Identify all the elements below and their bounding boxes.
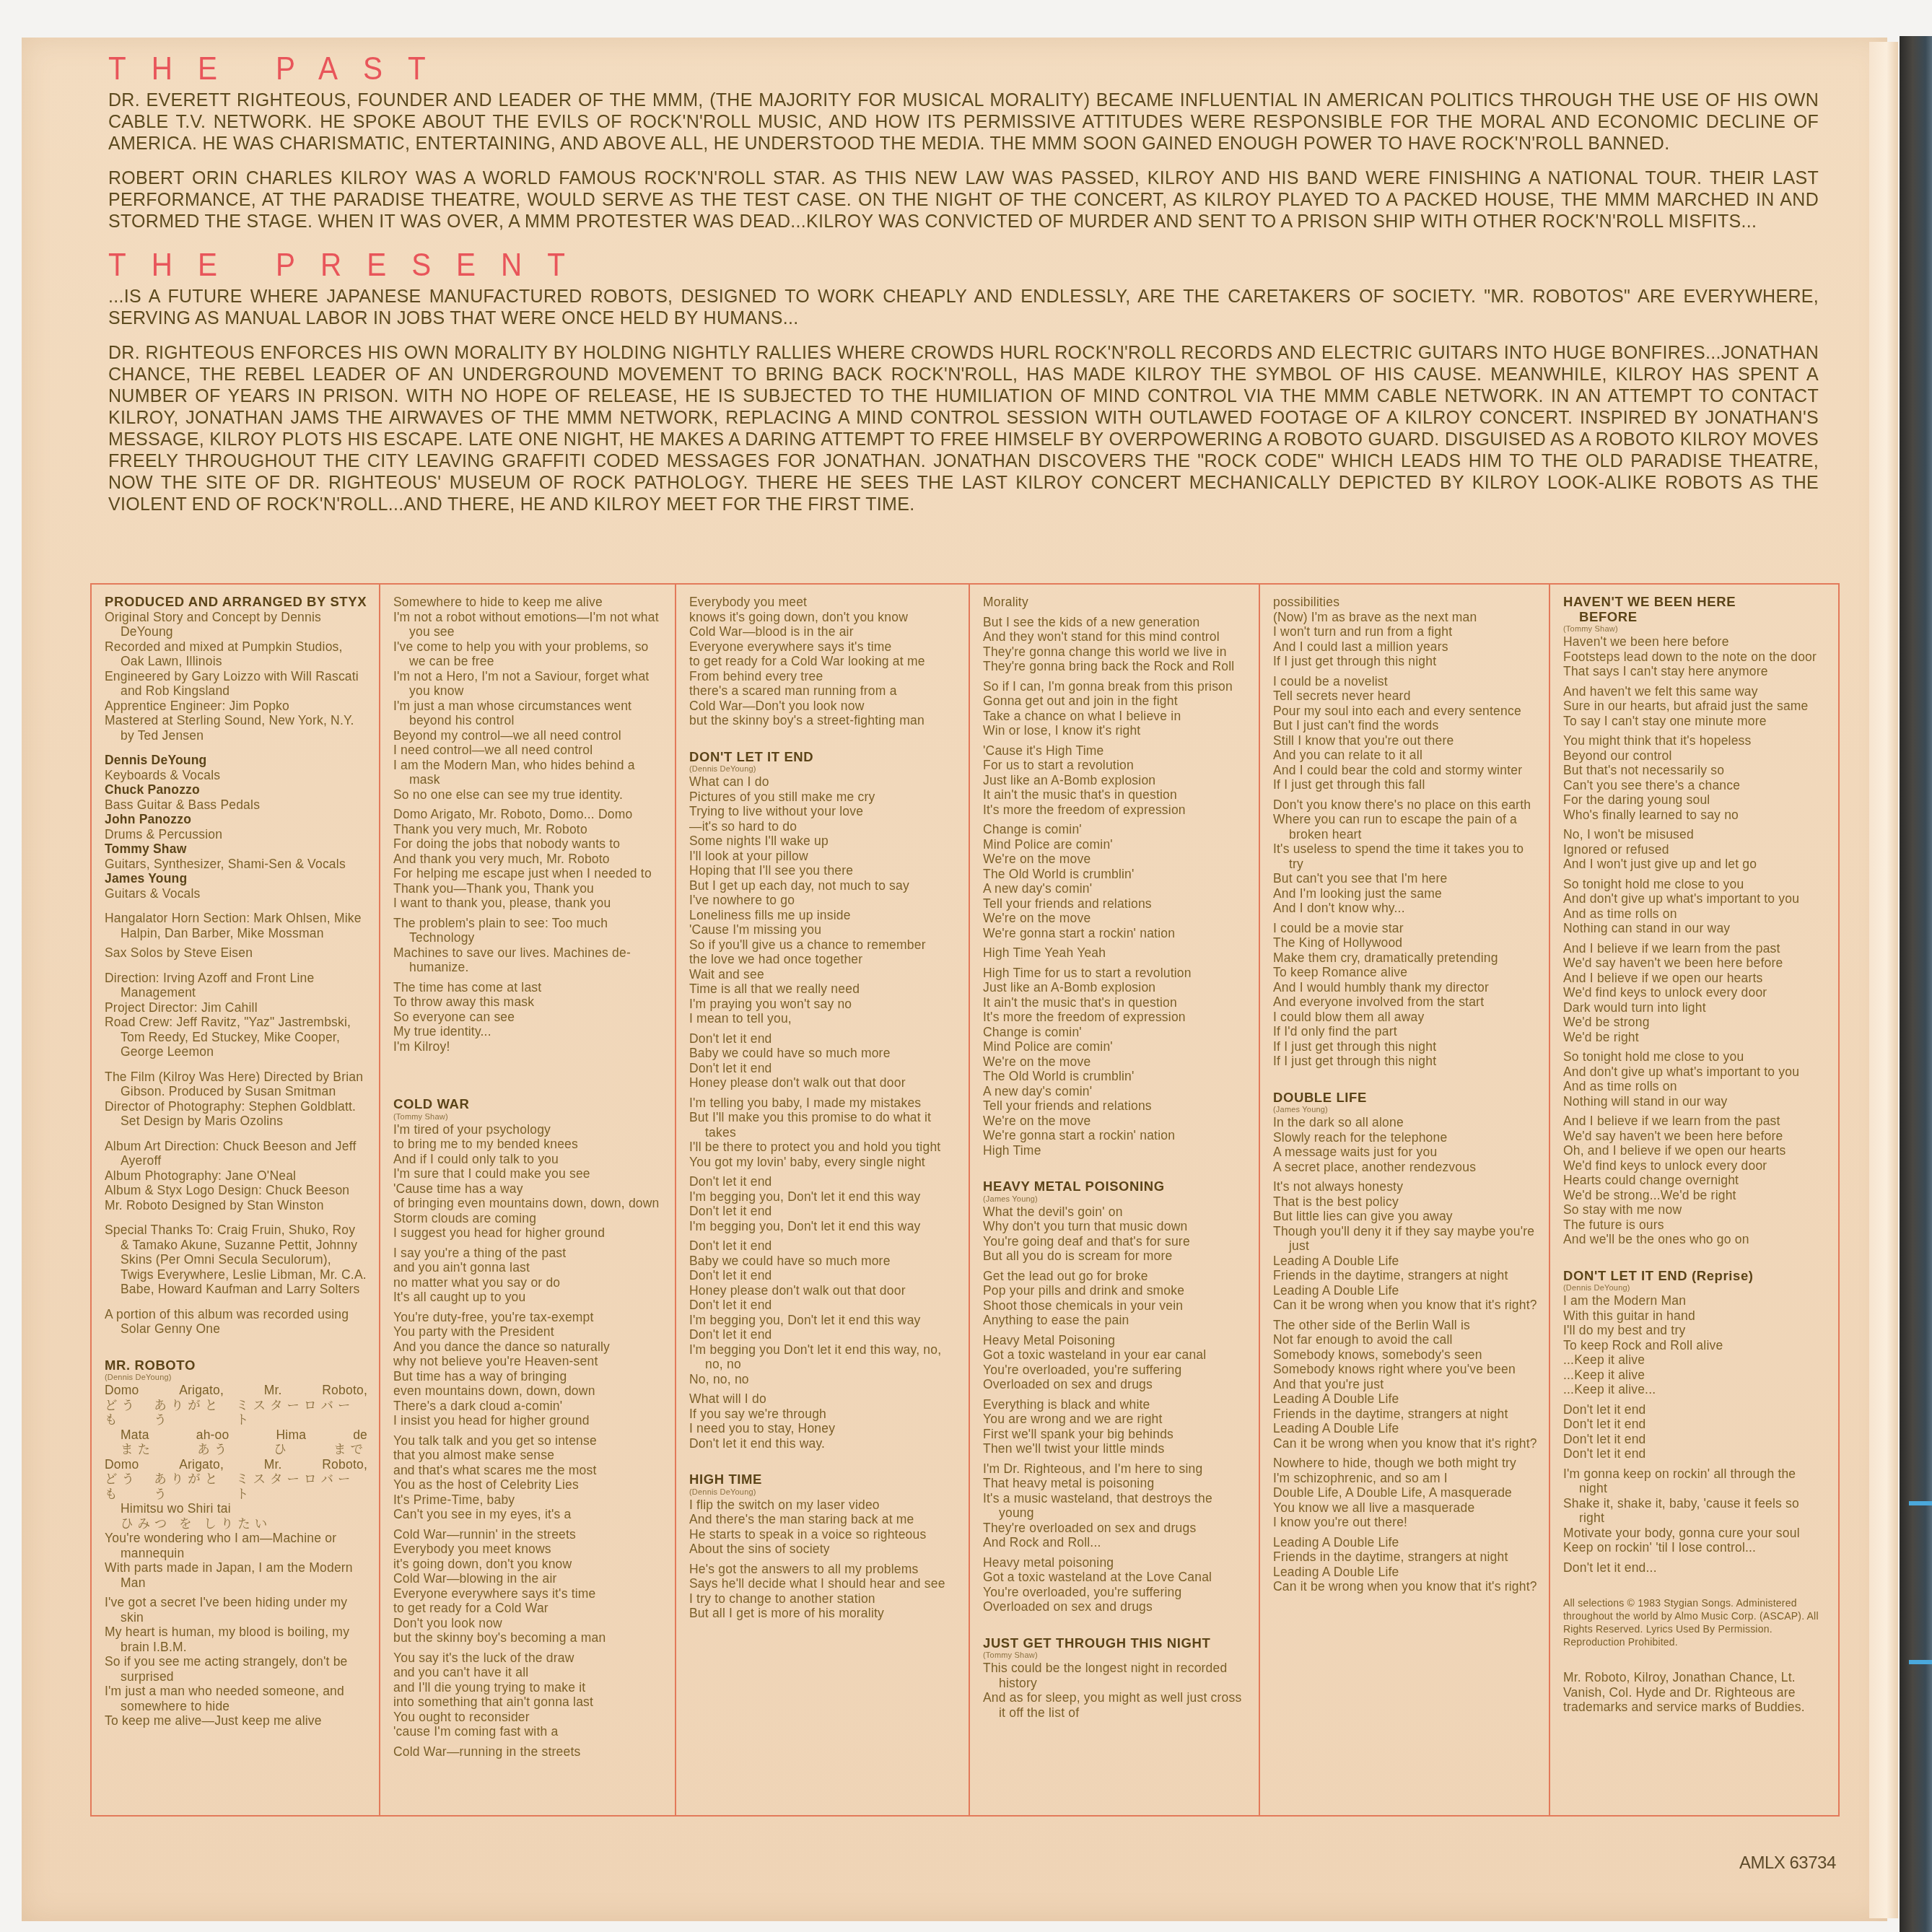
lyric-line: Leading A Double Life bbox=[1273, 1391, 1537, 1407]
lyric-line: but the skinny boy's a street-fighting m… bbox=[689, 713, 957, 728]
lyric-line: And I could bear the cold and stormy win… bbox=[1273, 763, 1537, 778]
stanza-gap bbox=[393, 1739, 663, 1744]
lyric-line: no matter what you say or do bbox=[393, 1275, 663, 1290]
lyric-line: Take a chance on what I believe in bbox=[983, 709, 1247, 724]
lyric-line: There's a dark cloud a-comin' bbox=[393, 1399, 663, 1414]
lyric-line: So if you see me acting strangely, don't… bbox=[105, 1654, 367, 1684]
lyric-line: You say it's the luck of the draw bbox=[393, 1651, 663, 1666]
lyric-line: Beyond my control—we all need control bbox=[393, 728, 663, 743]
stanza-gap bbox=[1563, 822, 1827, 827]
lyric-line: A secret place, another rendezvous bbox=[1273, 1160, 1537, 1175]
lyric-line: Can it be wrong when you know that it's … bbox=[1273, 1436, 1537, 1451]
stanza-gap bbox=[689, 1169, 957, 1174]
lyric-line: And I would humbly thank my director bbox=[1273, 980, 1537, 995]
lyric-line: And as time rolls on bbox=[1563, 906, 1827, 922]
member-role: Guitars & Vocals bbox=[105, 886, 367, 901]
lyric-line: and you can't have it all bbox=[393, 1665, 663, 1680]
lyric-line: You're going deaf and that's for sure bbox=[983, 1234, 1247, 1249]
lyric-line: I could be a novelist bbox=[1273, 674, 1537, 689]
lyric-line: Gonna get out and join in the fight bbox=[983, 694, 1247, 709]
stanza-gap bbox=[983, 817, 1247, 822]
column-4: MoralityBut I see the kids of a new gene… bbox=[969, 585, 1259, 1815]
lyrics-block: I flip the switch on my laser videoAnd t… bbox=[689, 1498, 957, 1621]
album-cover-spine bbox=[1900, 36, 1932, 1932]
lyric-line: to bring me to my bended knees bbox=[393, 1137, 663, 1152]
lyric-line: Don't let it end bbox=[1563, 1402, 1827, 1417]
lyric-line: And as time rolls on bbox=[1563, 1079, 1827, 1094]
lyric-line: that you almost make sense bbox=[393, 1448, 663, 1463]
japanese-lyric-line: またあうひまで bbox=[105, 1442, 367, 1457]
song-writer: (Dennis DeYoung) bbox=[689, 764, 957, 774]
lyric-line: With parts made in Japan, I am the Moder… bbox=[105, 1560, 367, 1590]
lyric-line: You are wrong and we are right bbox=[983, 1412, 1247, 1427]
japanese-lyric-line: どうもありがとうミスターロバート bbox=[105, 1472, 367, 1501]
lyric-line: Keep on rockin' 'til I lose control... bbox=[1563, 1540, 1827, 1555]
lyric-line: Cold War—blowing in the air bbox=[393, 1571, 663, 1586]
lyric-line: of bringing even mountains down, down, d… bbox=[393, 1196, 663, 1211]
lyric-line: Wait and see bbox=[689, 967, 957, 982]
lyric-line: Pour my soul into each and every sentenc… bbox=[1273, 704, 1537, 719]
lyric-line: We'd be right bbox=[1563, 1030, 1827, 1045]
lyric-line: Cold War—Don't you look now bbox=[689, 699, 957, 714]
lyric-line: I'm Dr. Righteous, and I'm here to sing bbox=[983, 1461, 1247, 1477]
lyric-line: I try to change to another station bbox=[689, 1591, 957, 1607]
lyric-line: I've come to help you with your problems… bbox=[393, 639, 663, 669]
lyric-line: It ain't the music that's in question bbox=[983, 787, 1247, 803]
lyric-line: And that you're just bbox=[1273, 1377, 1537, 1392]
lyric-line: Everybody you meet bbox=[689, 595, 957, 610]
lyric-line: I'll look at your pillow bbox=[689, 849, 957, 864]
lyric-line: And everyone involved from the start bbox=[1273, 995, 1537, 1010]
lyric-line: even mountains down, down, down bbox=[393, 1384, 663, 1399]
lyric-line: And they won't stand for this mind contr… bbox=[983, 629, 1247, 644]
lyric-line: Just like an A-Bomb explosion bbox=[983, 773, 1247, 788]
japanese-lyric-line: どうもありがとうミスターロバート bbox=[105, 1398, 367, 1428]
lyric-line: The Old World is crumblin' bbox=[983, 1069, 1247, 1084]
stanza-gap bbox=[983, 1328, 1247, 1333]
lyric-line: If I just get through this night bbox=[1273, 1039, 1537, 1054]
lyric-line: Where you can run to escape the pain of … bbox=[1273, 812, 1537, 842]
lyric-line: I need you to stay, Honey bbox=[689, 1421, 957, 1436]
lyric-line: Thank you—Thank you, Thank you bbox=[393, 881, 663, 896]
lyric-line: it's going down, don't you know bbox=[393, 1557, 663, 1572]
copyright-notice: All selections © 1983 Stygian Songs. Adm… bbox=[1563, 1596, 1827, 1648]
lyric-line: —it's so hard to do bbox=[689, 819, 957, 834]
stanza-gap bbox=[689, 1026, 957, 1031]
lyric-line: A message waits just for you bbox=[1273, 1145, 1537, 1160]
lyric-line: 'Cause it's High Time bbox=[983, 743, 1247, 759]
lyric-line: This could be the longest night in recor… bbox=[983, 1661, 1247, 1690]
stanza-gap bbox=[1273, 792, 1537, 797]
lyric-line: Nothing can stand in our way bbox=[1563, 921, 1827, 936]
lyric-line: I'm not a robot without emotions—I'm not… bbox=[393, 610, 663, 639]
lyric-line: About the sins of society bbox=[689, 1542, 957, 1557]
gatefold-fold-edge bbox=[1869, 42, 1898, 1918]
lyric-line: And don't give up what's important to yo… bbox=[1563, 1065, 1827, 1080]
lyric-line: I'm Kilroy! bbox=[393, 1039, 663, 1054]
lyric-line: Sure in our hearts, but afraid just the … bbox=[1563, 699, 1827, 714]
lyrics-block: I am the Modern ManWith this guitar in h… bbox=[1563, 1293, 1827, 1575]
trademark-notice: Mr. Roboto, Kilroy, Jonathan Chance, Lt.… bbox=[1563, 1670, 1827, 1715]
credit-line: Album Art Direction: Chuck Beeson and Je… bbox=[105, 1139, 367, 1168]
lyric-line: That is the best policy bbox=[1273, 1194, 1537, 1210]
credit-line: Mastered at Sterling Sound, New York, N.… bbox=[105, 713, 367, 743]
lyric-line: Change is comin' bbox=[983, 822, 1247, 837]
stanza-gap bbox=[393, 1645, 663, 1651]
lyric-line: Got a toxic wasteland in your ear canal bbox=[983, 1347, 1247, 1363]
lyric-line: They're gonna change this world we live … bbox=[983, 644, 1247, 660]
lyric-line: You as the host of Celebrity Lies bbox=[393, 1477, 663, 1492]
lyric-line: But I'll make you this promise to do wha… bbox=[689, 1110, 957, 1140]
lyric-line: It ain't the music that's in question bbox=[983, 995, 1247, 1010]
lyric-line: To throw away this mask bbox=[393, 995, 663, 1010]
member-role: Drums & Percussion bbox=[105, 827, 367, 842]
column-6: HAVEN'T WE BEEN HERE BEFORE (Tommy Shaw)… bbox=[1549, 585, 1838, 1815]
stanza-gap bbox=[1563, 1461, 1827, 1467]
lyric-line: We'd say haven't we been here before bbox=[1563, 1129, 1827, 1144]
lyric-line: You're overloaded, you're suffering bbox=[983, 1585, 1247, 1600]
lyric-line: Thank you very much, Mr. Roboto bbox=[393, 822, 663, 837]
credit-line: Special Thanks To: Craig Fruin, Shuko, R… bbox=[105, 1223, 367, 1297]
lyric-line: Who's finally learned to say no bbox=[1563, 808, 1827, 823]
lyrics-block: Everybody you meetknows it's going down,… bbox=[689, 595, 957, 728]
stanza-gap bbox=[393, 911, 663, 916]
lyric-line: So everyone can see bbox=[393, 1010, 663, 1025]
stanza-gap bbox=[393, 1305, 663, 1310]
lyric-line: You might think that it's hopeless bbox=[1563, 733, 1827, 748]
lyric-line: Leading A Double Life bbox=[1273, 1421, 1537, 1436]
lyric-line: Don't let it end bbox=[689, 1204, 957, 1219]
lyric-line: Friends in the daytime, strangers at nig… bbox=[1273, 1268, 1537, 1283]
lyric-line: And I don't know why... bbox=[1273, 901, 1537, 916]
stanza-gap bbox=[393, 1241, 663, 1246]
song-title: MR. ROBOTO bbox=[105, 1358, 367, 1373]
catalog-number: AMLX 63734 bbox=[1739, 1853, 1836, 1874]
lyric-line: Just like an A-Bomb explosion bbox=[983, 980, 1247, 995]
song-title: HEAVY METAL POISONING bbox=[983, 1179, 1247, 1194]
lyric-line: Cold War—runnin' in the streets bbox=[393, 1527, 663, 1542]
lyric-line: Don't let it end bbox=[1563, 1446, 1827, 1461]
member-role: Guitars, Synthesizer, Shami-Sen & Vocals bbox=[105, 857, 367, 872]
lyric-line: We're on the move bbox=[983, 1114, 1247, 1129]
lyric-line: Cold War—running in the streets bbox=[393, 1744, 663, 1760]
lyric-line: A new day's comin' bbox=[983, 881, 1247, 896]
lyric-line: So tonight hold me close to you bbox=[1563, 877, 1827, 892]
lyrics-block: possibilities(Now) I'm as brave as the n… bbox=[1273, 595, 1537, 1069]
lyric-line: ...Keep it alive... bbox=[1563, 1382, 1827, 1397]
lyric-line: Motivate your body, gonna cure your soul bbox=[1563, 1526, 1827, 1541]
lyric-line: If you say we're through bbox=[689, 1407, 957, 1422]
lyric-line: And I believe if we learn from the past bbox=[1563, 941, 1827, 956]
lyric-line: It's all caught up to you bbox=[393, 1290, 663, 1305]
lyric-line: The Old World is crumblin' bbox=[983, 867, 1247, 882]
stanza-gap bbox=[983, 738, 1247, 743]
lyric-line: What will I do bbox=[689, 1391, 957, 1407]
lyric-line: What can I do bbox=[689, 774, 957, 790]
lyric-line: It's more the freedom of expression bbox=[983, 803, 1247, 818]
lyric-line: I say you're a thing of the past bbox=[393, 1246, 663, 1261]
lyric-line: I'm gonna keep on rockin' all through th… bbox=[1563, 1467, 1827, 1496]
lyric-line: Got a toxic wasteland at the Love Canal bbox=[983, 1570, 1247, 1585]
lyric-line: I am the Modern Man, who hides behind a … bbox=[393, 758, 663, 787]
lyrics-block: MoralityBut I see the kids of a new gene… bbox=[983, 595, 1247, 1158]
song-title: COLD WAR bbox=[393, 1097, 663, 1112]
lyric-line: But all you do is scream for more bbox=[983, 1249, 1247, 1264]
lyric-line: We'd find keys to unlock every door bbox=[1563, 1158, 1827, 1173]
lyric-line: But I see the kids of a new generation bbox=[983, 615, 1247, 630]
stanza-gap bbox=[1273, 1174, 1537, 1179]
credit-line: Direction: Irving Azoff and Front Line M… bbox=[105, 971, 367, 1000]
japanese-lyric-line: ひみつ を しりたい bbox=[105, 1516, 367, 1531]
lyric-line: I'll be there to protect you and hold yo… bbox=[689, 1140, 957, 1155]
lyric-line: Oh, and I believe if we open our hearts bbox=[1563, 1143, 1827, 1158]
stanza-gap bbox=[983, 1392, 1247, 1397]
lyric-line: Then we'll twist your little minds bbox=[983, 1441, 1247, 1456]
lyric-line: In the dark so all alone bbox=[1273, 1115, 1537, 1130]
stanza-gap bbox=[393, 1522, 663, 1527]
lyric-line: We'd say haven't we been here before bbox=[1563, 956, 1827, 971]
story-paragraph: DR. RIGHTEOUS ENFORCES HIS OWN MORALITY … bbox=[108, 342, 1819, 515]
lyric-line: The other side of the Berlin Wall is bbox=[1273, 1318, 1537, 1333]
lyric-line: We're on the move bbox=[983, 911, 1247, 926]
section-title-present: THE PRESENT bbox=[108, 248, 1682, 283]
story-paragraph: ...IS A FUTURE WHERE JAPANESE MANUFACTUR… bbox=[108, 286, 1819, 329]
credit-line: The Film (Kilroy Was Here) Directed by B… bbox=[105, 1070, 367, 1099]
lyric-line: I've nowhere to go bbox=[689, 893, 957, 908]
stanza-gap bbox=[689, 1233, 957, 1238]
lyric-line: ...Keep it alive bbox=[1563, 1368, 1827, 1383]
lyric-line: Shoot those chemicals in your vein bbox=[983, 1298, 1247, 1314]
lyric-line: I'm begging you, Don't let it end this w… bbox=[689, 1189, 957, 1205]
lyric-line: Hearts could change overnight bbox=[1563, 1173, 1827, 1188]
lyric-line: But all I get is more of his morality bbox=[689, 1606, 957, 1621]
japanese-lyrics: DomoArigato,Mr.Roboto,どうもありがとうミスターロバートMa… bbox=[105, 1383, 367, 1531]
lyric-line: High Time bbox=[983, 1143, 1247, 1158]
lyric-line: Honey please don't walk out that door bbox=[689, 1075, 957, 1090]
stanza-gap bbox=[983, 1550, 1247, 1555]
lyric-line: To say I can't stay one minute more bbox=[1563, 714, 1827, 729]
lyric-line: Don't let it end bbox=[689, 1031, 957, 1046]
stanza-gap bbox=[983, 674, 1247, 679]
lyric-line: We're on the move bbox=[983, 1054, 1247, 1070]
lyric-line: 'Cause I'm missing you bbox=[689, 922, 957, 937]
lyric-line: And haven't we felt this same way bbox=[1563, 684, 1827, 699]
lyric-line: My true identity... bbox=[393, 1024, 663, 1039]
lyric-line: Honey please don't walk out that door bbox=[689, 1283, 957, 1298]
lyric-line: From behind every tree bbox=[689, 669, 957, 684]
lyric-line: I'm begging you Don't let it end this wa… bbox=[689, 1342, 957, 1372]
stanza-gap bbox=[689, 1557, 957, 1562]
lyric-line: Trying to live without your love bbox=[689, 804, 957, 819]
stanza-gap bbox=[393, 802, 663, 807]
lyric-line: Hoping that I'll see you there bbox=[689, 863, 957, 878]
song-title: DOUBLE LIFE bbox=[1273, 1090, 1537, 1106]
lyric-line: I could be a movie star bbox=[1273, 921, 1537, 936]
stanza-gap bbox=[689, 1386, 957, 1391]
stanza-gap bbox=[983, 1264, 1247, 1269]
lyric-line: Pictures of you still make me cry bbox=[689, 790, 957, 805]
lyric-line: I'm not a Hero, I'm not a Saviour, forge… bbox=[393, 669, 663, 699]
stanza-gap bbox=[1563, 936, 1827, 941]
credit-line: Recorded and mixed at Pumpkin Studios, O… bbox=[105, 639, 367, 669]
lyric-line: I am the Modern Man bbox=[1563, 1293, 1827, 1308]
lyric-line: the love we had once together bbox=[689, 952, 957, 967]
lyric-line: Anything to ease the pain bbox=[983, 1313, 1247, 1328]
lyric-line: Get the lead out go for broke bbox=[983, 1269, 1247, 1284]
lyric-line: to get ready for a Cold War looking at m… bbox=[689, 654, 957, 669]
song-writer: (Dennis DeYoung) bbox=[689, 1487, 957, 1498]
stanza-gap bbox=[1273, 1530, 1537, 1535]
lyric-line: So no one else can see my true identity. bbox=[393, 787, 663, 803]
lyric-line: Storm clouds are coming bbox=[393, 1211, 663, 1226]
column-5: possibilities(Now) I'm as brave as the n… bbox=[1259, 585, 1549, 1815]
lyric-line: To keep Rock and Roll alive bbox=[1563, 1338, 1827, 1353]
lyric-line: And as for sleep, you might as well just… bbox=[983, 1690, 1247, 1720]
story-section: THE PAST DR. EVERETT RIGHTEOUS, FOUNDER … bbox=[108, 52, 1819, 528]
lyrics-block: What the devil's goin' onWhy don't you t… bbox=[983, 1205, 1247, 1614]
lyric-line: A new day's comin' bbox=[983, 1084, 1247, 1099]
column-3: Everybody you meetknows it's going down,… bbox=[675, 585, 969, 1815]
lyric-line: Don't let it end bbox=[1563, 1417, 1827, 1432]
lyric-line: 'Cause time has a way bbox=[393, 1181, 663, 1197]
lyric-line: Don't let it end bbox=[689, 1238, 957, 1254]
credit-line: Sax Solos by Steve Eisen bbox=[105, 945, 367, 961]
lyric-line: It's not always honesty bbox=[1273, 1179, 1537, 1194]
lyric-line: Don't you look now bbox=[393, 1616, 663, 1631]
lyric-line: But I just can't find the words bbox=[1273, 718, 1537, 733]
lyric-line: Still I know that you're out there bbox=[1273, 733, 1537, 748]
lyric-line: Domo Arigato, Mr. Roboto, Domo... Domo bbox=[393, 807, 663, 822]
credit-line: Director of Photography: Stephen Goldbla… bbox=[105, 1099, 367, 1129]
lyric-line: Not far enough to avoid the call bbox=[1273, 1332, 1537, 1347]
lyric-line: It's more the freedom of expression bbox=[983, 1010, 1247, 1025]
lyric-line: Change is comin' bbox=[983, 1025, 1247, 1040]
lyric-line: I'm just a man whose circumstances went … bbox=[393, 699, 663, 728]
stanza-gap bbox=[1273, 1313, 1537, 1318]
stanza-gap bbox=[1563, 1555, 1827, 1560]
credit-line: Album Photography: Jane O'Neal bbox=[105, 1168, 367, 1184]
lyric-line: If I just get through this night bbox=[1273, 654, 1537, 669]
lyric-line: And I believe if we open our hearts bbox=[1563, 971, 1827, 986]
lyrics-block: What can I doPictures of you still make … bbox=[689, 774, 957, 1451]
lyric-line: Mind Police are comin' bbox=[983, 1039, 1247, 1054]
lyric-line: Footsteps lead down to the note on the d… bbox=[1563, 650, 1827, 665]
lyric-line: To keep me alive—Just keep me alive bbox=[105, 1713, 367, 1728]
lyric-line: But can't you see that I'm here bbox=[1273, 871, 1537, 886]
lyric-line: Loneliness fills me up inside bbox=[689, 908, 957, 923]
lyric-line: Don't let it end bbox=[689, 1268, 957, 1283]
lyric-line: Dark would turn into light bbox=[1563, 1000, 1827, 1015]
lyric-line: Don't you know there's no place on this … bbox=[1273, 797, 1537, 813]
lyric-line: That heavy metal is poisoning bbox=[983, 1476, 1247, 1491]
lyrics-block: Haven't we been here beforeFootsteps lea… bbox=[1563, 634, 1827, 1247]
lyric-line: I suggest you head for higher ground bbox=[393, 1225, 663, 1241]
lyric-line: possibilities bbox=[1273, 595, 1537, 610]
credit-line: Engineered by Gary Loizzo with Will Rasc… bbox=[105, 669, 367, 699]
member-name: Tommy Shaw bbox=[105, 842, 367, 857]
lyric-line: I'm praying you won't say no bbox=[689, 997, 957, 1012]
credit-line: Album & Styx Logo Design: Chuck Beeson bbox=[105, 1183, 367, 1198]
lyric-line: I insist you head for higher ground bbox=[393, 1413, 663, 1428]
lyric-line: But that's not necessarily so bbox=[1563, 763, 1827, 778]
song-writer: (James Young) bbox=[983, 1194, 1247, 1205]
lyric-line: I'm telling you baby, I made my mistakes bbox=[689, 1096, 957, 1111]
lyric-line: You party with the President bbox=[393, 1324, 663, 1339]
lyric-line: knows it's going down, don't you know bbox=[689, 610, 957, 625]
stanza-gap bbox=[393, 1428, 663, 1433]
lyric-line: We're gonna start a rockin' nation bbox=[983, 926, 1247, 941]
lyric-line: They're gonna bring back the Rock and Ro… bbox=[983, 659, 1247, 674]
credit-line: Mr. Roboto Designed by Stan Winston bbox=[105, 1198, 367, 1213]
lyric-line: So if I can, I'm gonna break from this p… bbox=[983, 679, 1247, 694]
lyric-line: Heavy metal poisoning bbox=[983, 1555, 1247, 1570]
lyric-line: The King of Hollywood bbox=[1273, 935, 1537, 950]
song-title: JUST GET THROUGH THIS NIGHT bbox=[983, 1636, 1247, 1651]
cover-art-stripe bbox=[1909, 1501, 1932, 1505]
lyrics-block: This could be the longest night in recor… bbox=[983, 1661, 1247, 1720]
lyric-line: You know we all live a masquerade bbox=[1273, 1500, 1537, 1516]
credit-line: Project Director: Jim Cahill bbox=[105, 1000, 367, 1015]
lyric-line: Somebody knows right where you've been bbox=[1273, 1362, 1537, 1377]
lyric-line: Somewhere to hide to keep me alive bbox=[393, 595, 663, 610]
lyric-line: but the skinny boy's becoming a man bbox=[393, 1630, 663, 1645]
lyric-line: (Now) I'm as brave as the next man bbox=[1273, 610, 1537, 625]
stanza-gap bbox=[983, 961, 1247, 966]
lyric-line: It's useless to spend the time it takes … bbox=[1273, 842, 1537, 871]
credit-line: Original Story and Concept by Dennis DeY… bbox=[105, 610, 367, 639]
lyric-line: Overloaded on sex and drugs bbox=[983, 1377, 1247, 1392]
stanza-gap bbox=[1563, 1044, 1827, 1049]
lyric-line: And we'll be the ones who go on bbox=[1563, 1232, 1827, 1247]
lyric-line: To keep Romance alive bbox=[1273, 965, 1537, 980]
section-title-past: THE PAST bbox=[108, 52, 1682, 87]
lyric-line: If I just get through this fall bbox=[1273, 777, 1537, 792]
lyric-line: Nothing will stand in our way bbox=[1563, 1094, 1827, 1109]
lyric-line: Don't let it end bbox=[689, 1061, 957, 1076]
lyric-line: What the devil's goin' on bbox=[983, 1205, 1247, 1220]
stanza-gap bbox=[1563, 1397, 1827, 1402]
lyric-line: We'd be strong...We'd be right bbox=[1563, 1188, 1827, 1203]
lyric-line: Pop your pills and drink and smoke bbox=[983, 1283, 1247, 1298]
credit-line: Apprentice Engineer: Jim Popko bbox=[105, 699, 367, 714]
lyric-line: Heavy Metal Poisoning bbox=[983, 1333, 1247, 1348]
lyric-line: I'll do my best and try bbox=[1563, 1323, 1827, 1338]
lyric-line: For us to start a revolution bbox=[983, 758, 1247, 773]
member-name: Dennis DeYoung bbox=[105, 753, 367, 768]
lyric-line: Make them cry, dramatically pretending bbox=[1273, 950, 1537, 966]
lyric-line: And I'm looking just the same bbox=[1273, 886, 1537, 901]
member-role: Bass Guitar & Bass Pedals bbox=[105, 797, 367, 813]
lyric-line: If I just get through this night bbox=[1273, 1054, 1537, 1069]
lyric-line: Overloaded on sex and drugs bbox=[983, 1599, 1247, 1614]
stanza-gap bbox=[983, 610, 1247, 615]
lyric-line: Everyone everywhere says it's time bbox=[393, 1586, 663, 1601]
lyric-line: I won't turn and run from a fight bbox=[1273, 624, 1537, 639]
lyric-line: Haven't we been here before bbox=[1563, 634, 1827, 650]
lyric-line: We'd be strong bbox=[1563, 1015, 1827, 1030]
japanese-lyric-line: DomoArigato,Mr.Roboto, bbox=[105, 1383, 367, 1398]
song-writer: (Dennis DeYoung) bbox=[105, 1373, 367, 1383]
lyric-line: Everybody you meet knows bbox=[393, 1542, 663, 1557]
lyric-line: And you can relate to it all bbox=[1273, 748, 1537, 763]
story-paragraph: ROBERT ORIN CHARLES KILROY WAS A WORLD F… bbox=[108, 167, 1819, 232]
lyric-line: Tell your friends and relations bbox=[983, 896, 1247, 912]
lyric-line: You're duty-free, you're tax-exempt bbox=[393, 1310, 663, 1325]
lyric-line: I mean to tell you, bbox=[689, 1011, 957, 1026]
lyric-line: That says I can't stay here anymore bbox=[1563, 664, 1827, 679]
lyric-line: So stay with me now bbox=[1563, 1202, 1827, 1218]
lyric-line: I'm tired of your psychology bbox=[393, 1122, 663, 1137]
